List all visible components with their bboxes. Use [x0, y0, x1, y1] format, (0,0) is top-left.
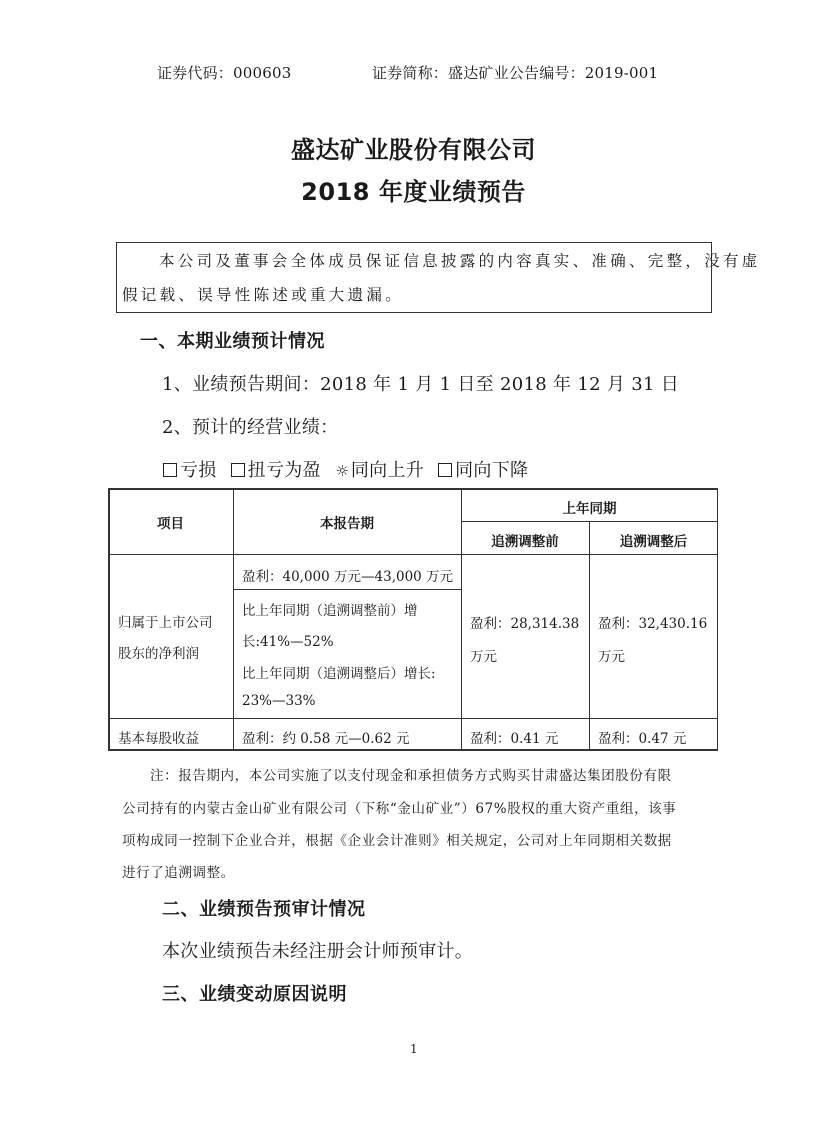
note-line-2: 公司持有的内蒙古金山矿业有限公司（下称“金山矿业”）67%股权的重大资产重组，该… — [122, 797, 676, 817]
expected-results-label: 2、预计的经营业绩： — [162, 413, 338, 439]
header-before-restatement: 追溯调整前 — [461, 530, 589, 550]
disclaimer-line-1: 本公司及董事会全体成员保证信息披露的内容真实、准确、完整，没有虚 — [159, 249, 761, 271]
table-divider — [589, 521, 590, 750]
table-divider — [233, 589, 461, 590]
unchecked-box-icon — [163, 463, 177, 477]
table-divider — [461, 488, 462, 750]
table-border — [717, 488, 719, 750]
growth-after-line-2: 23%—33% — [242, 693, 316, 709]
section-1-heading: 一、本期业绩预计情况 — [140, 327, 325, 353]
note-line-3: 项构成同一控制下企业合并，根据《企业会计准则》相关规定，公司对上年同期相关数据 — [122, 829, 672, 849]
header-after-restatement: 追溯调整后 — [589, 530, 718, 550]
prior-before-net-profit-2: 万元 — [470, 645, 497, 665]
page-number: 1 — [410, 1042, 418, 1056]
forecast-period: 1、业绩预告期间：2018 年 1 月 1 日至 2018 年 12 月 31 … — [162, 370, 679, 396]
prior-after-eps: 盈利：0.47 元 — [598, 727, 686, 747]
stock-abbreviation-and-announcement-no: 证券简称：盛达矿业公告编号：2019-001 — [372, 62, 658, 83]
growth-after-line-1: 比上年同期（追溯调整后）增长: — [242, 662, 436, 682]
table-border — [108, 749, 718, 751]
note-line-1: 注：报告期内，本公司实施了以支付现金和承担债务方式购买甘肃盛达集团股份有限 — [150, 764, 672, 784]
row-eps-label: 基本每股收益 — [118, 727, 199, 747]
growth-before-line-1: 比上年同期（追溯调整前）增 — [242, 599, 418, 619]
prior-before-eps: 盈利：0.41 元 — [470, 727, 558, 747]
unchecked-box-icon — [231, 463, 245, 477]
prior-after-net-profit-1: 盈利：32,430.16 — [598, 612, 707, 632]
section-3-heading: 三、业绩变动原因说明 — [162, 980, 347, 1006]
note-line-4: 进行了追溯调整。 — [122, 861, 235, 881]
option-loss: 亏损 — [163, 456, 217, 482]
section-2-body: 本次业绩预告未经注册会计师预审计。 — [162, 937, 473, 963]
header-current-period: 本报告期 — [233, 512, 461, 532]
company-title: 盛达矿业股份有限公司 — [0, 130, 827, 165]
row-net-profit-label-1: 归属于上市公司 — [118, 611, 213, 631]
unchecked-box-icon — [438, 463, 452, 477]
row-net-profit-label-2: 股东的净利润 — [118, 642, 199, 662]
current-eps: 盈利：约 0.58 元—0.62 元 — [242, 727, 410, 747]
prior-after-net-profit-2: 万元 — [598, 645, 625, 665]
stock-code: 证券代码：000603 — [157, 62, 291, 83]
document-title: 2018 年度业绩预告 — [0, 172, 827, 207]
result-type-options: 亏损 扭亏为盈 ☼同向上升 同向下降 — [163, 456, 536, 482]
forecast-table: 项目 本报告期 上年同期 追溯调整前 追溯调整后 归属于上市公司 股东的净利润 … — [108, 488, 718, 750]
prior-before-net-profit-1: 盈利：28,314.38 — [470, 612, 579, 632]
table-border — [108, 488, 718, 490]
header-prior-period: 上年同期 — [461, 497, 718, 517]
table-divider — [108, 718, 718, 719]
section-2-heading: 二、业绩预告预审计情况 — [162, 895, 366, 921]
checked-mark-icon: ☼ — [335, 462, 350, 480]
table-divider — [108, 554, 718, 555]
option-increase: ☼同向上升 — [335, 456, 424, 482]
disclaimer-line-2: 假记载、误导性陈述或重大遗漏。 — [122, 283, 404, 305]
table-divider — [461, 521, 718, 522]
header-item: 项目 — [108, 512, 233, 532]
option-turnaround: 扭亏为盈 — [231, 456, 321, 482]
current-net-profit: 盈利：40,000 万元—43,000 万元 — [242, 565, 453, 585]
growth-before-line-2: 长:41%—52% — [242, 630, 334, 650]
option-decrease: 同向下降 — [438, 456, 528, 482]
